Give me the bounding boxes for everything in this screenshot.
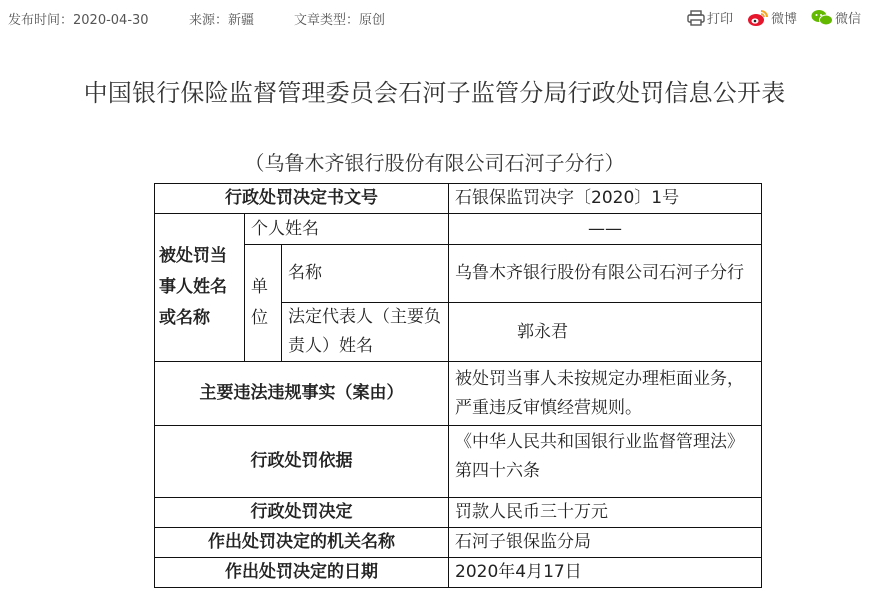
print-button[interactable]: 打印 (687, 8, 733, 27)
share-bar: 打印 微博 微信 (673, 8, 861, 27)
authority-value: 石河子银保监分局 (449, 528, 762, 558)
table-row: 被处罚当事人姓名或名称 个人姓名 —— (155, 214, 762, 245)
wechat-share-button[interactable]: 微信 (811, 8, 861, 27)
decision-value: 罚款人民币三十万元 (449, 498, 762, 528)
individual-value: —— (449, 214, 762, 245)
individual-label: 个人姓名 (245, 214, 449, 245)
table-row: 主要违法违规事实（案由） 被处罚当事人未按规定办理柜面业务，严重违反审慎经营规则… (155, 362, 762, 426)
legal-rep-value: 郭永君 (449, 303, 762, 362)
doc-no-label: 行政处罚决定书文号 (155, 184, 449, 214)
table-row: 作出处罚决定的日期 2020年4月17日 (155, 558, 762, 588)
table-row: 行政处罚决定书文号 石银保监罚决字〔2020〕1号 (155, 184, 762, 214)
facts-value: 被处罚当事人未按规定办理柜面业务，严重违反审慎经营规则。 (449, 362, 762, 426)
legal-rep-label: 法定代表人（主要负责人）姓名 (282, 303, 449, 362)
source: 来源：新疆 (189, 9, 254, 28)
unit-name-value: 乌鲁木齐银行股份有限公司石河子分行 (449, 245, 762, 303)
publish-time: 发布时间：2020-04-30 (8, 9, 149, 28)
print-label: 打印 (707, 8, 733, 27)
wechat-label: 微信 (835, 8, 861, 27)
table-row: 单位 名称 乌鲁木齐银行股份有限公司石河子分行 (155, 245, 762, 303)
penalty-info-table: 行政处罚决定书文号 石银保监罚决字〔2020〕1号 被处罚当事人姓名或名称 个人… (154, 183, 762, 588)
facts-label: 主要违法违规事实（案由） (155, 362, 449, 426)
party-label: 被处罚当事人姓名或名称 (155, 214, 245, 362)
weibo-label: 微博 (771, 8, 797, 27)
unit-label: 单位 (245, 245, 282, 362)
table-row: 行政处罚决定 罚款人民币三十万元 (155, 498, 762, 528)
page-subtitle: （乌鲁木齐银行股份有限公司石河子分行） (0, 147, 869, 176)
unit-name-label: 名称 (282, 245, 449, 303)
table-row: 作出处罚决定的机关名称 石河子银保监分局 (155, 528, 762, 558)
date-label: 作出处罚决定的日期 (155, 558, 449, 588)
printer-icon (687, 10, 705, 26)
doc-no-value: 石银保监罚决字〔2020〕1号 (449, 184, 762, 214)
basis-value: 《中华人民共和国银行业监督管理法》第四十六条 (449, 426, 762, 498)
wechat-icon (811, 9, 833, 27)
table-row: 行政处罚依据 《中华人民共和国银行业监督管理法》第四十六条 (155, 426, 762, 498)
authority-label: 作出处罚决定的机关名称 (155, 528, 449, 558)
decision-label: 行政处罚决定 (155, 498, 449, 528)
date-value: 2020年4月17日 (449, 558, 762, 588)
article-type: 文章类型：原创 (294, 9, 385, 28)
weibo-icon (747, 9, 769, 27)
page-title: 中国银行保险监督管理委员会石河子监管分局行政处罚信息公开表 (0, 73, 869, 108)
basis-label: 行政处罚依据 (155, 426, 449, 498)
weibo-share-button[interactable]: 微博 (747, 8, 797, 27)
